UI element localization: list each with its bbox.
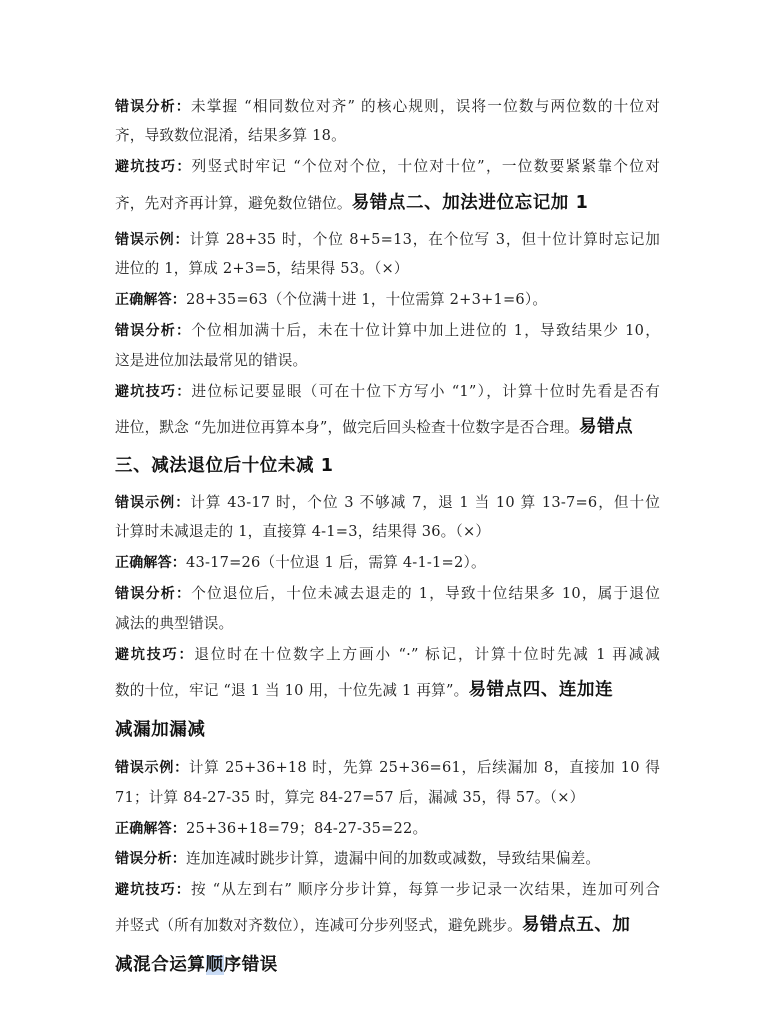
tip-line-continued: 齐，先对齐再计算，避免数位错位。易错点二、加法进位忘记加 1 <box>115 193 660 214</box>
section-heading-5-text: 减混合运算 <box>115 955 206 975</box>
section-heading-4-start: 易错点四、连加连 <box>468 680 613 700</box>
example-label: 错误示例： <box>115 495 190 511</box>
tip-label: 避坑技巧： <box>115 384 192 400</box>
example-text: 计算 25+36+18 时，先算 25+36=61，后续漏加 8，直接加 10 … <box>189 759 660 776</box>
tip-label: 避坑技巧： <box>115 159 192 175</box>
analysis-text: 个位相加满十后，未在十位计算中加上进位的 1，导致结果少 10， <box>191 322 660 339</box>
analysis-label: 错误分析： <box>115 851 186 867</box>
section-heading-5-start: 易错点五、加 <box>522 915 631 935</box>
tip-text: 齐，先对齐再计算，避免数位错位。 <box>115 195 352 212</box>
tip-line: 避坑技巧：列竖式时牢记 “个位对个位，十位对十位”，一位数要紧紧靠个位对 <box>115 157 660 177</box>
tip-text: 列竖式时牢记 “个位对个位，十位对十位”，一位数要紧紧靠个位对 <box>192 158 660 175</box>
analysis-line-continued: 齐，导致数位混淆，结果多算 18。 <box>115 126 660 146</box>
answer-label: 正确解答： <box>115 555 186 571</box>
analysis-line: 错误分析：连加连减时跳步计算，遗漏中间的加数或减数，导致结果偏差。 <box>115 849 660 869</box>
tip-text: 并竖式（所有加数对齐数位），连减可分步列竖式，避免跳步。 <box>115 917 522 934</box>
analysis-line-continued: 这是进位加法最常见的错误。 <box>115 351 660 371</box>
tip-line-continued: 数的十位，牢记 “退 1 当 10 用，十位先减 1 再算”。易错点四、连加连 <box>115 680 660 701</box>
section-heading-4-text: 减漏加漏减 <box>115 720 206 740</box>
answer-text: 28+35=63（个位满十进 1，十位需算 2+3+1=6）。 <box>186 291 547 308</box>
section-heading-3: 三、减法退位后十位未减 1 <box>115 456 660 476</box>
answer-label: 正确解答： <box>115 292 186 308</box>
tip-line: 避坑技巧：退位时在十位数字上方画小 “·” 标记，计算十位时先减 1 再减减 <box>115 645 660 665</box>
section-heading-3-text: 三、减法退位后十位未减 1 <box>115 456 334 476</box>
answer-line: 正确解答：25+36+18=79；84-27-35=22。 <box>115 819 660 839</box>
analysis-line: 错误分析：个位相加满十后，未在十位计算中加上进位的 1，导致结果少 10， <box>115 321 660 341</box>
answer-line: 正确解答：43-17=26（十位退 1 后，需算 4-1-1=2）。 <box>115 553 660 573</box>
answer-text: 43-17=26（十位退 1 后，需算 4-1-1=2）。 <box>186 554 486 571</box>
section-heading-3-start: 易错点 <box>579 417 633 437</box>
example-text: 计算时未减退走的 1，直接算 4-1=3，结果得 36。（×） <box>115 523 490 540</box>
analysis-label: 错误分析： <box>115 586 191 602</box>
tip-text: 退位时在十位数字上方画小 “·” 标记，计算十位时先减 1 再减减 <box>194 646 660 663</box>
analysis-text: 齐，导致数位混淆，结果多算 18。 <box>115 127 346 144</box>
tip-label: 避坑技巧： <box>115 647 194 663</box>
example-line-continued: 进位的 1，算成 2+3=5，结果得 53。（×） <box>115 259 660 279</box>
analysis-text: 这是进位加法最常见的错误。 <box>115 352 307 369</box>
example-line: 错误示例：计算 28+35 时，个位 8+5=13，在个位写 3，但十位计算时忘… <box>115 230 660 250</box>
example-text: 计算 28+35 时，个位 8+5=13，在个位写 3，但十位计算时忘记加 <box>189 231 660 248</box>
answer-label: 正确解答： <box>115 821 186 837</box>
example-text: 计算 43-17 时，个位 3 不够减 7，退 1 当 10 算 13-7=6，… <box>190 494 660 511</box>
analysis-text: 个位退位后，十位未减去退走的 1，导致十位结果多 10，属于退位 <box>191 585 660 602</box>
tip-line: 避坑技巧：进位标记要显眼（可在十位下方写小 “1”），计算十位时先看是否有 <box>115 382 660 402</box>
tip-line: 避坑技巧：按 “从左到右” 顺序分步计算，每算一步记录一次结果，连加可列合 <box>115 880 660 900</box>
example-label: 错误示例： <box>115 760 189 776</box>
section-heading-4: 减漏加漏减 <box>115 720 660 740</box>
tip-line-continued: 并竖式（所有加数对齐数位），连减可分步列竖式，避免跳步。易错点五、加 <box>115 915 660 936</box>
analysis-label: 错误分析： <box>115 99 191 115</box>
example-text: 71；计算 84-27-35 时，算完 84-27=57 后，漏减 35，得 5… <box>115 789 584 806</box>
analysis-text: 减法的典型错误。 <box>115 615 233 632</box>
tip-text: 按 “从左到右” 顺序分步计算，每算一步记录一次结果，连加可列合 <box>191 881 660 898</box>
analysis-text: 连加连减时跳步计算，遗漏中间的加数或减数，导致结果偏差。 <box>186 850 600 867</box>
example-text: 进位的 1，算成 2+3=5，结果得 53。（×） <box>115 260 409 277</box>
analysis-text: 未掌握 “相同数位对齐” 的核心规则，误将一位数与两位数的十位对 <box>191 98 660 115</box>
section-heading-2: 易错点二、加法进位忘记加 1 <box>352 193 589 213</box>
analysis-label: 错误分析： <box>115 323 191 339</box>
tip-text: 数的十位，牢记 “退 1 当 10 用，十位先减 1 再算”。 <box>115 682 468 699</box>
analysis-line-continued: 减法的典型错误。 <box>115 614 660 634</box>
answer-text: 25+36+18=79；84-27-35=22。 <box>186 820 427 837</box>
section-heading-5: 减混合运算顺序错误 <box>115 955 660 975</box>
example-line: 错误示例：计算 25+36+18 时，先算 25+36=61，后续漏加 8，直接… <box>115 758 660 778</box>
example-line-continued: 71；计算 84-27-35 时，算完 84-27=57 后，漏减 35，得 5… <box>115 788 660 808</box>
analysis-line: 错误分析：未掌握 “相同数位对齐” 的核心规则，误将一位数与两位数的十位对 <box>115 97 660 117</box>
selected-text[interactable]: 顺 <box>206 955 224 975</box>
example-line-continued: 计算时未减退走的 1，直接算 4-1=3，结果得 36。（×） <box>115 522 660 542</box>
tip-text: 进位标记要显眼（可在十位下方写小 “1”），计算十位时先看是否有 <box>192 383 661 400</box>
section-heading-5-text-end: 序错误 <box>224 955 278 975</box>
example-label: 错误示例： <box>115 232 189 248</box>
analysis-line: 错误分析：个位退位后，十位未减去退走的 1，导致十位结果多 10，属于退位 <box>115 584 660 604</box>
example-line: 错误示例：计算 43-17 时，个位 3 不够减 7，退 1 当 10 算 13… <box>115 493 660 513</box>
tip-text: 进位，默念 “先加进位再算本身”，做完后回头检查十位数字是否合理。 <box>115 419 579 436</box>
tip-line-continued: 进位，默念 “先加进位再算本身”，做完后回头检查十位数字是否合理。易错点 <box>115 417 660 438</box>
answer-line: 正确解答：28+35=63（个位满十进 1，十位需算 2+3+1=6）。 <box>115 290 660 310</box>
document-page: 错误分析：未掌握 “相同数位对齐” 的核心规则，误将一位数与两位数的十位对 齐，… <box>0 0 770 1024</box>
tip-label: 避坑技巧： <box>115 882 191 898</box>
